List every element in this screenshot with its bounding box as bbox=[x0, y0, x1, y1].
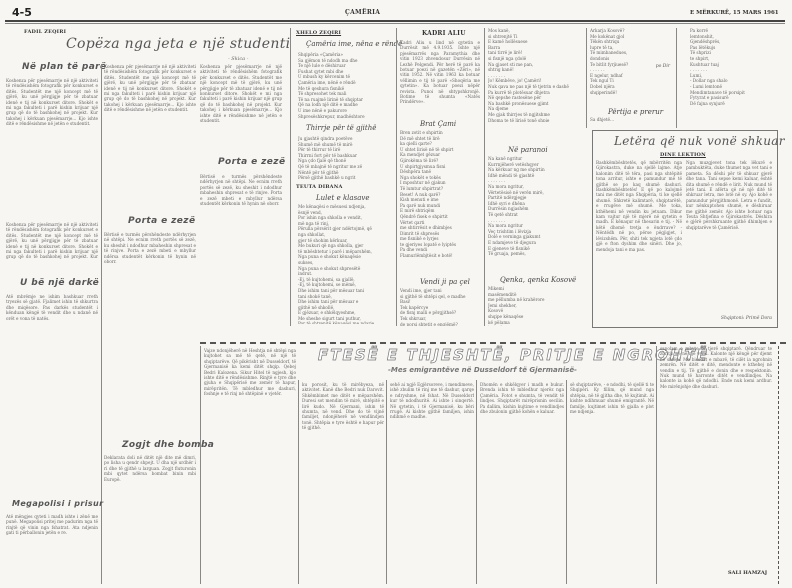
column-divider bbox=[396, 28, 397, 326]
feature-column: Vajze ndonjëherë në Heshtja në shtëpi ng… bbox=[204, 348, 296, 584]
feature-column: ku porosit, ku të mirëbyeza, në aktivite… bbox=[302, 382, 384, 584]
masthead-rule-thin bbox=[5, 23, 785, 24]
letter-body-right: Nga muzgjevet tona tek lëkurë e pambuktë… bbox=[686, 160, 772, 310]
letter-signature: Shqiptoni: Primë Dora bbox=[690, 316, 772, 321]
section-body: Bërtisë e turmës përshëndeste ndërhyrjen… bbox=[200, 174, 282, 324]
poem-title: Në paranoi bbox=[508, 146, 548, 154]
feature-border bbox=[778, 346, 780, 584]
poem-body: Bren zotit e shpirtin Dë më shtet të lir… bbox=[400, 130, 480, 258]
feature-column: Dhomën e shkëlqyer i madh e bukur. Brend… bbox=[480, 382, 564, 584]
column-divider bbox=[566, 380, 567, 584]
letter-title: Letëra që nuk vonë shkuar bbox=[614, 134, 785, 148]
poem-body: Mikemi masëmenditë me pëllumba në krahër… bbox=[488, 286, 582, 326]
column-divider bbox=[676, 28, 677, 128]
column-divider bbox=[298, 380, 299, 584]
section-heading: Në plan të parë bbox=[22, 62, 107, 72]
section-heading: U bë një darkë bbox=[20, 278, 99, 288]
article-author: FADIL ZEQIRI bbox=[24, 29, 66, 35]
section-body-continued: Koshenza për pjesëmarrje në një aktivite… bbox=[104, 64, 196, 154]
feature-rule bbox=[200, 342, 786, 344]
page-number: 4-5 bbox=[12, 6, 32, 19]
poem-body: Mos kanë, si shtrenjtë Ti E kamë hollësu… bbox=[488, 28, 582, 122]
poem-signoff: po Dir bbox=[640, 64, 670, 69]
feature-signature: SALI HAMZAJ bbox=[728, 570, 767, 576]
column-divider bbox=[476, 380, 477, 584]
section-body: Deklarata doli në ditët një dite më dimr… bbox=[104, 455, 196, 583]
article-body-skica: Koshenza për pjesëmarrje në një aktivite… bbox=[200, 64, 282, 144]
feature-column: së shqiptarëve, - e ndodhi, të sjellë ti… bbox=[570, 382, 654, 584]
column-divider bbox=[656, 346, 657, 584]
letter-body-left: Bashkëmbështetës, që mbërritën nga Gjiro… bbox=[596, 160, 682, 318]
masthead-rule bbox=[5, 20, 785, 22]
column-divider bbox=[586, 28, 587, 128]
letter-byline: DINE LEKTION bbox=[660, 152, 706, 158]
poem-title: Vendi ji pa çel bbox=[420, 278, 470, 286]
feature-column-right: sapolam e mbyte të tjerë shqiptarë. Qënd… bbox=[660, 346, 772, 546]
section-heading: Megapolisi i prisur bbox=[12, 499, 103, 508]
feature-headline: FTESË E THJESHTË, PRITJE E NGROHTË bbox=[318, 346, 709, 364]
poem-title: Çamëria ime, nëna e rëndë bbox=[306, 40, 402, 48]
section-heading: Porta e zezë bbox=[218, 157, 285, 167]
poem-title: Qenka, qenka Kosovë bbox=[500, 276, 576, 284]
poet-author: XHELO ZEQIRI bbox=[296, 30, 341, 36]
poem-body: Vendi ime, gjer tani si gjithë të shtëpi… bbox=[400, 288, 480, 326]
poem-title: Brat Çami bbox=[420, 120, 456, 128]
poem-body: Na kanë ngritur Kurrnjëherë vetëshqyer N… bbox=[488, 156, 582, 256]
poem-body: Arkarja Kosovë? Me kokënat gjol Tëkën sh… bbox=[590, 28, 668, 96]
section-heading: Porta e zezë bbox=[128, 216, 195, 226]
poem-title: Thirrje për të gjithë bbox=[306, 124, 376, 132]
poet-author: TEUTA DIBANA bbox=[296, 184, 343, 190]
poet-bio: Kadri Aliu u lind në qytetin e Durrësit … bbox=[400, 40, 480, 115]
feature-deck: -Mes emigrantëve në Dusseldorf të Gjerma… bbox=[388, 366, 577, 374]
feature-column: sehë ai ngjë Egjërsoreve, i mendimeve, i… bbox=[390, 382, 474, 584]
poet-author: KADRI ALIU bbox=[422, 30, 466, 37]
column-divider bbox=[200, 346, 201, 584]
section-body: Koshenza për pjesëmarrje në një aktivite… bbox=[6, 78, 98, 220]
poem-title: Lulet e klasave bbox=[316, 194, 369, 202]
article-title: Copëza nga jeta e një studenti bbox=[66, 36, 290, 52]
poem-body: Me kënaqësi e mësuesi ndjenja, ësnjë ven… bbox=[298, 204, 390, 324]
column-divider bbox=[290, 28, 291, 326]
poem-body: Pa korrë lemtonshit, Gjendëshprës, Pas l… bbox=[690, 28, 776, 128]
newspaper-name: ÇAMËRIA bbox=[345, 9, 380, 16]
poem-caption-sub: Sa dhjetë... bbox=[590, 117, 650, 125]
section-body: Atë mbrëmje ne ishim bashkuar rreth trye… bbox=[6, 294, 98, 424]
column-divider bbox=[484, 28, 485, 326]
article-subtitle: - Skica - bbox=[228, 56, 248, 62]
poem-body: Shqipëria «Çamëria» Sa gjëmon të ndodh m… bbox=[298, 52, 390, 122]
issue-date: E MËRKURË, 15 MARS 1961 bbox=[690, 10, 779, 16]
poem-title: Përtija e prerur bbox=[608, 108, 663, 116]
section-body-continued: Koshenza për pjesëmarrje në një aktivite… bbox=[6, 222, 98, 260]
section-body: Bërtisë e turmës përshëndeste ndërhyrjen… bbox=[104, 232, 196, 372]
column-divider bbox=[386, 380, 387, 584]
poem-body: Ju gjashtë qindra poetëve Shumë më shumë… bbox=[298, 136, 390, 181]
section-body: Atë mëngjes qyteti i madh ishte i zënë m… bbox=[6, 514, 98, 584]
